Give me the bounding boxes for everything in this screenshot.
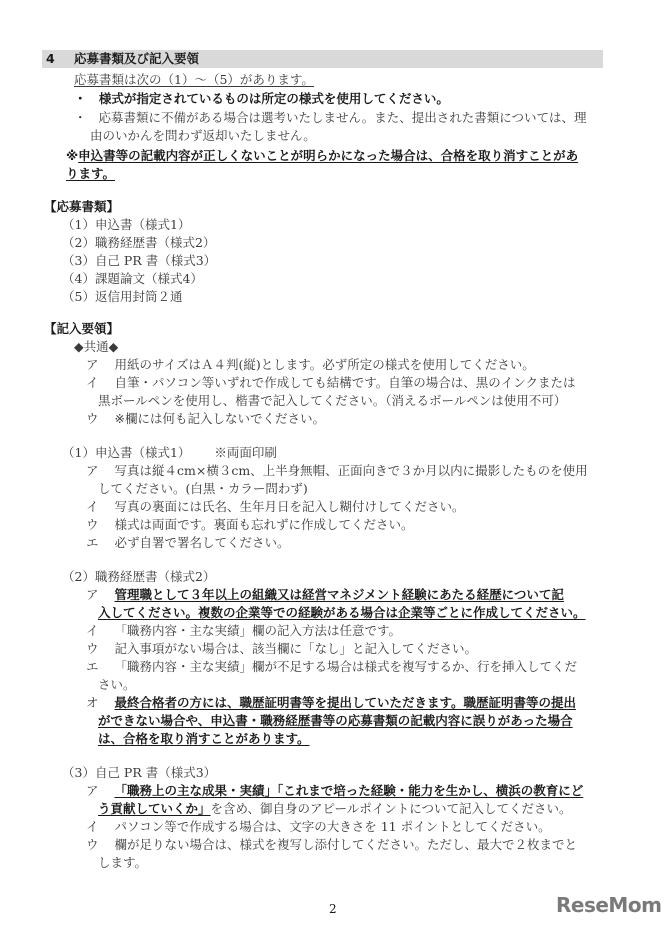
common-item-i-cont: 黒ボールペンを使用し、楷書で記入してください。（消えるボールペンは使用不可） — [98, 392, 566, 409]
form2-heading: （2）職務経歴書（様式2） — [62, 568, 215, 585]
resemom-logo: ReseMom — [556, 893, 661, 917]
section-number: 4 — [46, 50, 55, 68]
form2-item-u: ウ 記入事項がない場合は、該当欄に「なし」と記入してください。 — [86, 640, 477, 657]
item-text: 自筆・パソコン等いずれで作成しても結構です。自筆の場合は、黒のインクまたは — [115, 375, 576, 390]
intro-lead: 応募書類は次の（1）～（5）があります。 — [74, 71, 314, 88]
form3-item-a: ア 「職務上の主な成果・実績」「これまで培った経験・能力を生かし、横浜の教育にど — [86, 782, 583, 799]
item-text: を含め、御自身のアピールポイントについて記入してください。 — [211, 801, 572, 816]
form2-item-o-cont-1: ができない場合や、申込書・職務経歴書等の応募書類の記載内容に誤りがあった場合 — [98, 712, 573, 729]
guidelines-heading: 【記入要領】 — [44, 320, 119, 337]
form1-note: ※両面印刷 — [214, 445, 277, 460]
item-mark: イ — [86, 499, 99, 514]
form1-item-i: イ 写真の裏面には氏名、生年月日を記入し糊付けしてください。 — [86, 498, 465, 515]
document-item: （4）課題論文（様式4） — [62, 270, 203, 287]
intro-note-cont: ります。 — [66, 165, 115, 182]
item-mark: ウ — [86, 837, 99, 852]
intro-bullet-text: 様式が指定されているものは所定の様式を使用してください。 — [99, 91, 449, 106]
intro-bullet-1: ・ 様式が指定されているものは所定の様式を使用してください。 — [74, 90, 449, 107]
item-mark: エ — [86, 659, 99, 674]
form2-item-a-cont: 入してください。複数の企業等での経験がある場合は企業等ごとに作成してください。 — [98, 604, 586, 621]
item-mark: エ — [86, 535, 99, 550]
item-text-bold: う貢献していくか」 — [98, 801, 211, 816]
item-text: 管理職として３年以上の組織又は経営マネジメント経験にあたる経歴について記 — [115, 587, 564, 602]
intro-note: ※申込書等の記載内容が正しくないことが明らかになった場合は、合格を取り消すことが… — [66, 147, 578, 164]
item-mark: イ — [86, 623, 99, 638]
item-text: 最終合格者の方には、職歴証明書等を提出していただきます。職歴証明書等の提出 — [115, 695, 577, 710]
common-heading: ◆共通◆ — [74, 338, 118, 355]
form2-item-a: ア 管理職として３年以上の組織又は経営マネジメント経験にあたる経歴について記 — [86, 586, 564, 603]
form1-item-u: ウ 様式は両面です。裏面も忘れずに作成してください。 — [86, 516, 414, 533]
section-title: 応募書類及び記入要領 — [74, 50, 199, 68]
item-text: 写真の裏面には氏名、生年月日を記入し糊付けしてください。 — [115, 499, 465, 514]
common-item-u: ウ ※欄には何も記入しないでください。 — [86, 410, 325, 427]
item-mark: ア — [86, 357, 99, 372]
form1-heading: （1）申込書（様式1） ※両面印刷 — [62, 444, 277, 461]
form1-item-a-cont: してください。(白黒・カラー問わず) — [98, 480, 308, 497]
item-mark: イ — [86, 819, 99, 834]
document-page: 4 応募書類及び記入要領 応募書類は次の（1）～（5）があります。 ・ 様式が指… — [0, 0, 669, 925]
form2-item-e: エ 「職務内容・主な実績」欄が不足する場合は様式を複写するか、行を挿入してくだ — [86, 658, 577, 675]
form2-item-e-cont: さい。 — [98, 676, 136, 693]
intro-bullet-2-cont: 由のいかんを問わず返却いたしません。 — [90, 127, 316, 144]
item-mark: ア — [86, 587, 99, 602]
intro-bullet-2: ・ 応募書類に不備がある場合は選考いたしません。また、提出された書類については、… — [74, 109, 587, 126]
item-text: 欄が足りない場合は、様式を複写し添付してください。ただし、最大で２枚までと — [115, 837, 578, 852]
item-text: 用紙のサイズはＡ４判(縦)とします。必ず所定の様式を使用してください。 — [115, 357, 535, 372]
document-item: （5）返信用封筒２通 — [62, 288, 182, 305]
item-mark: ア — [86, 463, 99, 478]
item-text: 記入事項がない場合は、該当欄に「なし」と記入してください。 — [115, 641, 478, 656]
bullet-mark: ・ — [74, 110, 87, 125]
form2-item-i: イ 「職務内容・主な実績」欄の記入方法は任意です。 — [86, 622, 401, 639]
item-mark: ウ — [86, 641, 99, 656]
common-item-a: ア 用紙のサイズはＡ４判(縦)とします。必ず所定の様式を使用してください。 — [86, 356, 535, 373]
item-mark: ア — [86, 783, 99, 798]
item-mark: ウ — [86, 411, 99, 426]
form1-item-e: エ 必ず自署で署名してください。 — [86, 534, 290, 551]
item-text: ※欄には何も記入しないでください。 — [115, 411, 325, 426]
form3-item-u: ウ 欄が足りない場合は、様式を複写し添付してください。ただし、最大で２枚までと — [86, 836, 577, 853]
item-text: 様式は両面です。裏面も忘れずに作成してください。 — [115, 517, 414, 532]
page-number: 2 — [329, 902, 337, 916]
intro-bullet-text: 応募書類に不備がある場合は選考いたしません。また、提出された書類については、理 — [99, 110, 587, 125]
item-text: パソコン等で作成する場合は、文字の大きさを 11 ポイントとしてください。 — [115, 819, 551, 834]
note-text: 申込書等の記載内容が正しくないことが明らかになった場合は、合格を取り消すことがあ — [78, 148, 578, 163]
form3-item-a-cont: う貢献していくか」を含め、御自身のアピールポイントについて記入してください。 — [98, 800, 572, 817]
document-item: （3）自己 PR 書（様式3） — [62, 252, 216, 269]
documents-heading: 【応募書類】 — [44, 198, 119, 215]
form3-item-u-cont: します。 — [98, 854, 147, 871]
item-mark: ウ — [86, 517, 99, 532]
item-text: 「職務内容・主な実績」欄が不足する場合は様式を複写するか、行を挿入してくだ — [115, 659, 578, 674]
form3-item-i: イ パソコン等で作成する場合は、文字の大きさを 11 ポイントとしてください。 — [86, 818, 551, 835]
note-mark: ※ — [66, 148, 78, 163]
document-item: （2）職務経歴書（様式2） — [62, 234, 215, 251]
item-text: 「職務内容・主な実績」欄の記入方法は任意です。 — [115, 623, 402, 638]
document-item: （1）申込書（様式1） — [62, 216, 190, 233]
form3-heading: （3）自己 PR 書（様式3） — [62, 764, 216, 781]
item-mark: オ — [86, 695, 99, 710]
form1-item-a: ア 写真は縦４cm×横３cm、上半身無帽、正面向きで３か月以内に撮影したものを使… — [86, 462, 588, 479]
item-mark: イ — [86, 375, 99, 390]
item-text: 写真は縦４cm×横３cm、上半身無帽、正面向きで３か月以内に撮影したものを使用 — [115, 463, 588, 478]
form1-title: （1）申込書（様式1） — [62, 445, 190, 460]
common-item-i: イ 自筆・パソコン等いずれで作成しても結構です。自筆の場合は、黒のインクまたは — [86, 374, 576, 391]
bullet-mark: ・ — [74, 91, 87, 106]
item-text: 「職務上の主な成果・実績」「これまで培った経験・能力を生かし、横浜の教育にど — [115, 783, 584, 798]
form2-item-o-cont-2: は、合格を取り消すことがあります。 — [98, 730, 310, 747]
form2-item-o: オ 最終合格者の方には、職歴証明書等を提出していただきます。職歴証明書等の提出 — [86, 694, 576, 711]
item-text: 必ず自署で署名してください。 — [115, 535, 290, 550]
